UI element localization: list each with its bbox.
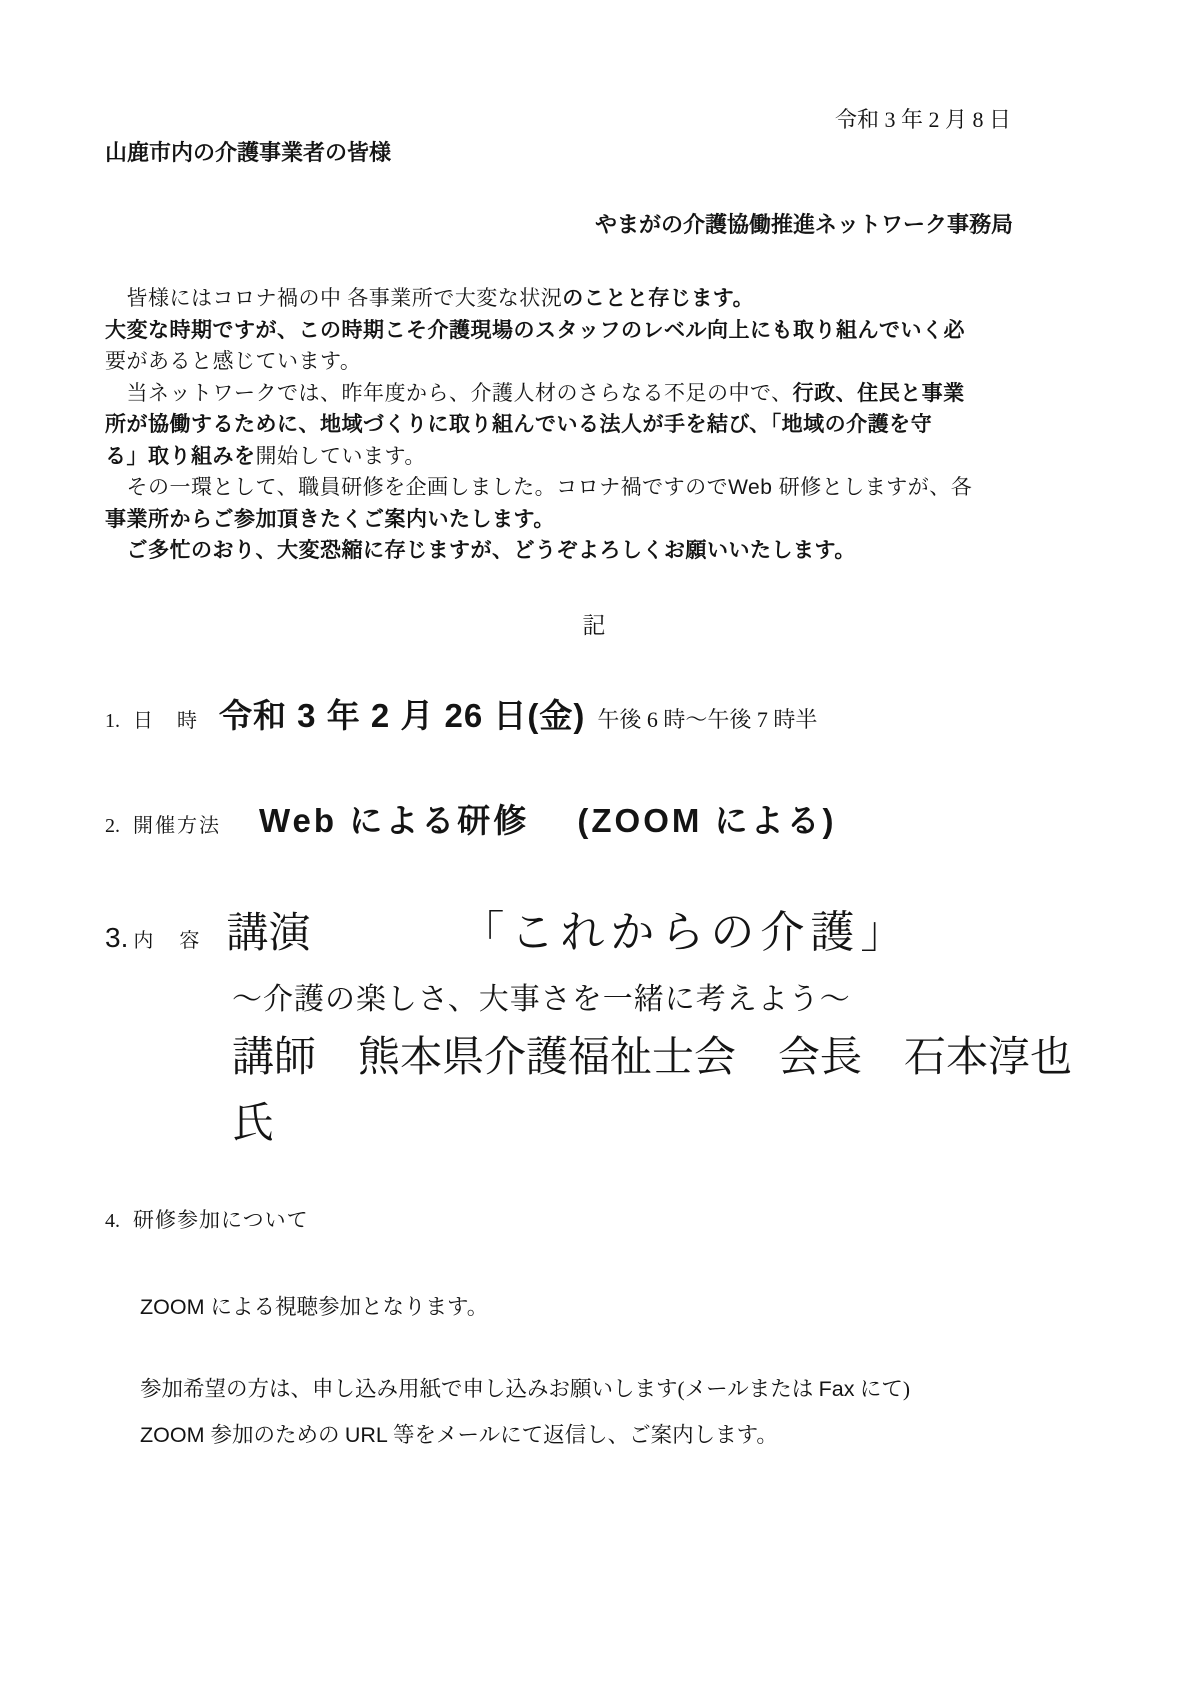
participation-text-run: ZOOM [140,1295,210,1319]
participation-text-run: 参加のための [210,1423,344,1447]
participation-text-run: にて) [854,1377,910,1401]
lecturer-suffix: 氏 [232,1090,1085,1150]
body-line: 当ネットワークでは、昨年度から、介護人材のさらなる不足の中で、行政、住民と事業 [105,378,1085,410]
body-text-run: 大変な時期ですが、この時期こそ介護現場のスタッフのレベル向上にも取り組んでいく必 [105,319,965,342]
sender-organization: やまがの介護協働推進ネットワーク事務局 [105,211,1085,238]
item-label: 開催方法 [133,809,221,838]
letter-body: 皆様にはコロナ禍の中 各事業所で大変な状況のことと存じます。 大変な時期ですが、… [105,283,1085,567]
body-text-run: その一環として、職員研修を企画しました。コロナ禍ですので [105,475,728,499]
body-line: 皆様にはコロナ禍の中 各事業所で大変な状況のことと存じます。 [105,283,1085,315]
item-number: 3. [105,922,128,954]
item-datetime: 1. 日 時 令和 3 年 2 月 26 日(金) 午後 6 時〜午後 7 時半 [105,690,1085,737]
body-text-run: 事業所からご参加頂きたくご案内いたします。 [105,508,555,531]
item-number: 2. [105,815,120,838]
lecturer-line: 講師 熊本県介護福祉士会 会長 石本淳也 [232,1032,1085,1082]
body-line: 要があると感じています。 [105,346,1085,378]
body-text-run: 当ネットワークでは、昨年度から、介護人材のさらなる不足の中で、 [105,381,793,405]
body-text-run: 開始しています。 [256,444,426,468]
item-content-heading: 3. 内 容 講演 「これからの介護」 [105,896,1085,960]
body-line: 大変な時期ですが、この時期こそ介護現場のスタッフのレベル向上にも取り組んでいく必 [105,315,1085,347]
body-text-run: る」取り組みを [105,445,256,468]
participation-text-run: による視聴参加となります。 [210,1295,488,1319]
participation-text-run: Fax [819,1377,855,1401]
body-text-run: ご多忙のおり、大変恐縮に存じますが、どうぞよろしくお願いいたします。 [105,539,856,562]
event-date: 令和 3 年 2 月 26 日(金) [219,690,585,737]
item-label: 研修参加について [133,1204,309,1234]
participation-text-run: URL [345,1423,393,1447]
participation-line: 参加希望の方は、申し込み用紙で申し込みお願いします(メールまたは Fax にて) [140,1374,1085,1404]
lecture-subtitle: 〜介護の楽しさ、大事さを一緒に考えよう〜 [232,974,1085,1018]
participation-line: ZOOM 参加のための URL 等をメールにて返信し、ご案内します。 [140,1420,1085,1450]
item-label: 日 時 [133,704,199,733]
body-text-run: 皆様にはコロナ禍の中 各事業所で大変な状況 [105,286,562,310]
body-text-run: 所が協働するために、地域づくりに取り組んでいる法人が手を結び、「地域の介護を守 [105,413,932,436]
item-number: 1. [105,710,120,733]
event-time-range: 午後 6 時〜午後 7 時半 [597,703,817,734]
body-line: 所が協働するために、地域づくりに取り組んでいる法人が手を結び、「地域の介護を守 [105,409,1085,441]
issue-date: 令和 3 年 2 月 8 日 [105,106,1085,133]
participation-text-run: 参加希望の方は、申し込み用紙で申し込みお願いします(メールまたは [140,1377,819,1401]
body-line: 事業所からご参加頂きたくご案内いたします。 [105,504,1085,536]
body-text-run: 研修としますが、各 [779,475,973,499]
body-text-run: 行政、住民と事業 [793,382,965,405]
participation-text-run: ZOOM [140,1423,210,1447]
item-number: 4. [105,1210,120,1233]
addressee: 山鹿市内の介護事業者の皆様 [105,139,1085,166]
item-label: 内 容 [133,924,202,953]
body-text-run: Web [728,476,779,499]
body-text-run: 要があると感じています。 [105,349,361,373]
lecture-title: 「これからの介護」 [460,896,910,960]
body-line: その一環として、職員研修を企画しました。コロナ禍ですのでWeb 研修としますが、… [105,472,1085,504]
body-text-run: のことと存じます。 [562,287,754,310]
item-participation: 4. 研修参加について [105,1204,1085,1234]
event-format: Web による研修 (ZOOM による) [259,795,837,842]
body-line: ご多忙のおり、大変恐縮に存じますが、どうぞよろしくお願いいたします。 [105,535,1085,567]
participation-line: ZOOM による視聴参加となります。 [140,1292,1085,1322]
participation-text-run: 等をメールにて返信し、ご案内します。 [393,1423,778,1447]
document-page: 令和 3 年 2 月 8 日 山鹿市内の介護事業者の皆様 やまがの介護協働推進ネ… [0,0,1190,1684]
item-format: 2. 開催方法 Web による研修 (ZOOM による) [105,795,1085,842]
item-content: 3. 内 容 講演 「これからの介護」 〜介護の楽しさ、大事さを一緒に考えよう〜… [105,896,1085,1150]
remark-marker: 記 [105,607,1085,640]
lecture-word: 講演 [226,900,310,960]
body-line: る」取り組みを開始しています。 [105,441,1085,473]
